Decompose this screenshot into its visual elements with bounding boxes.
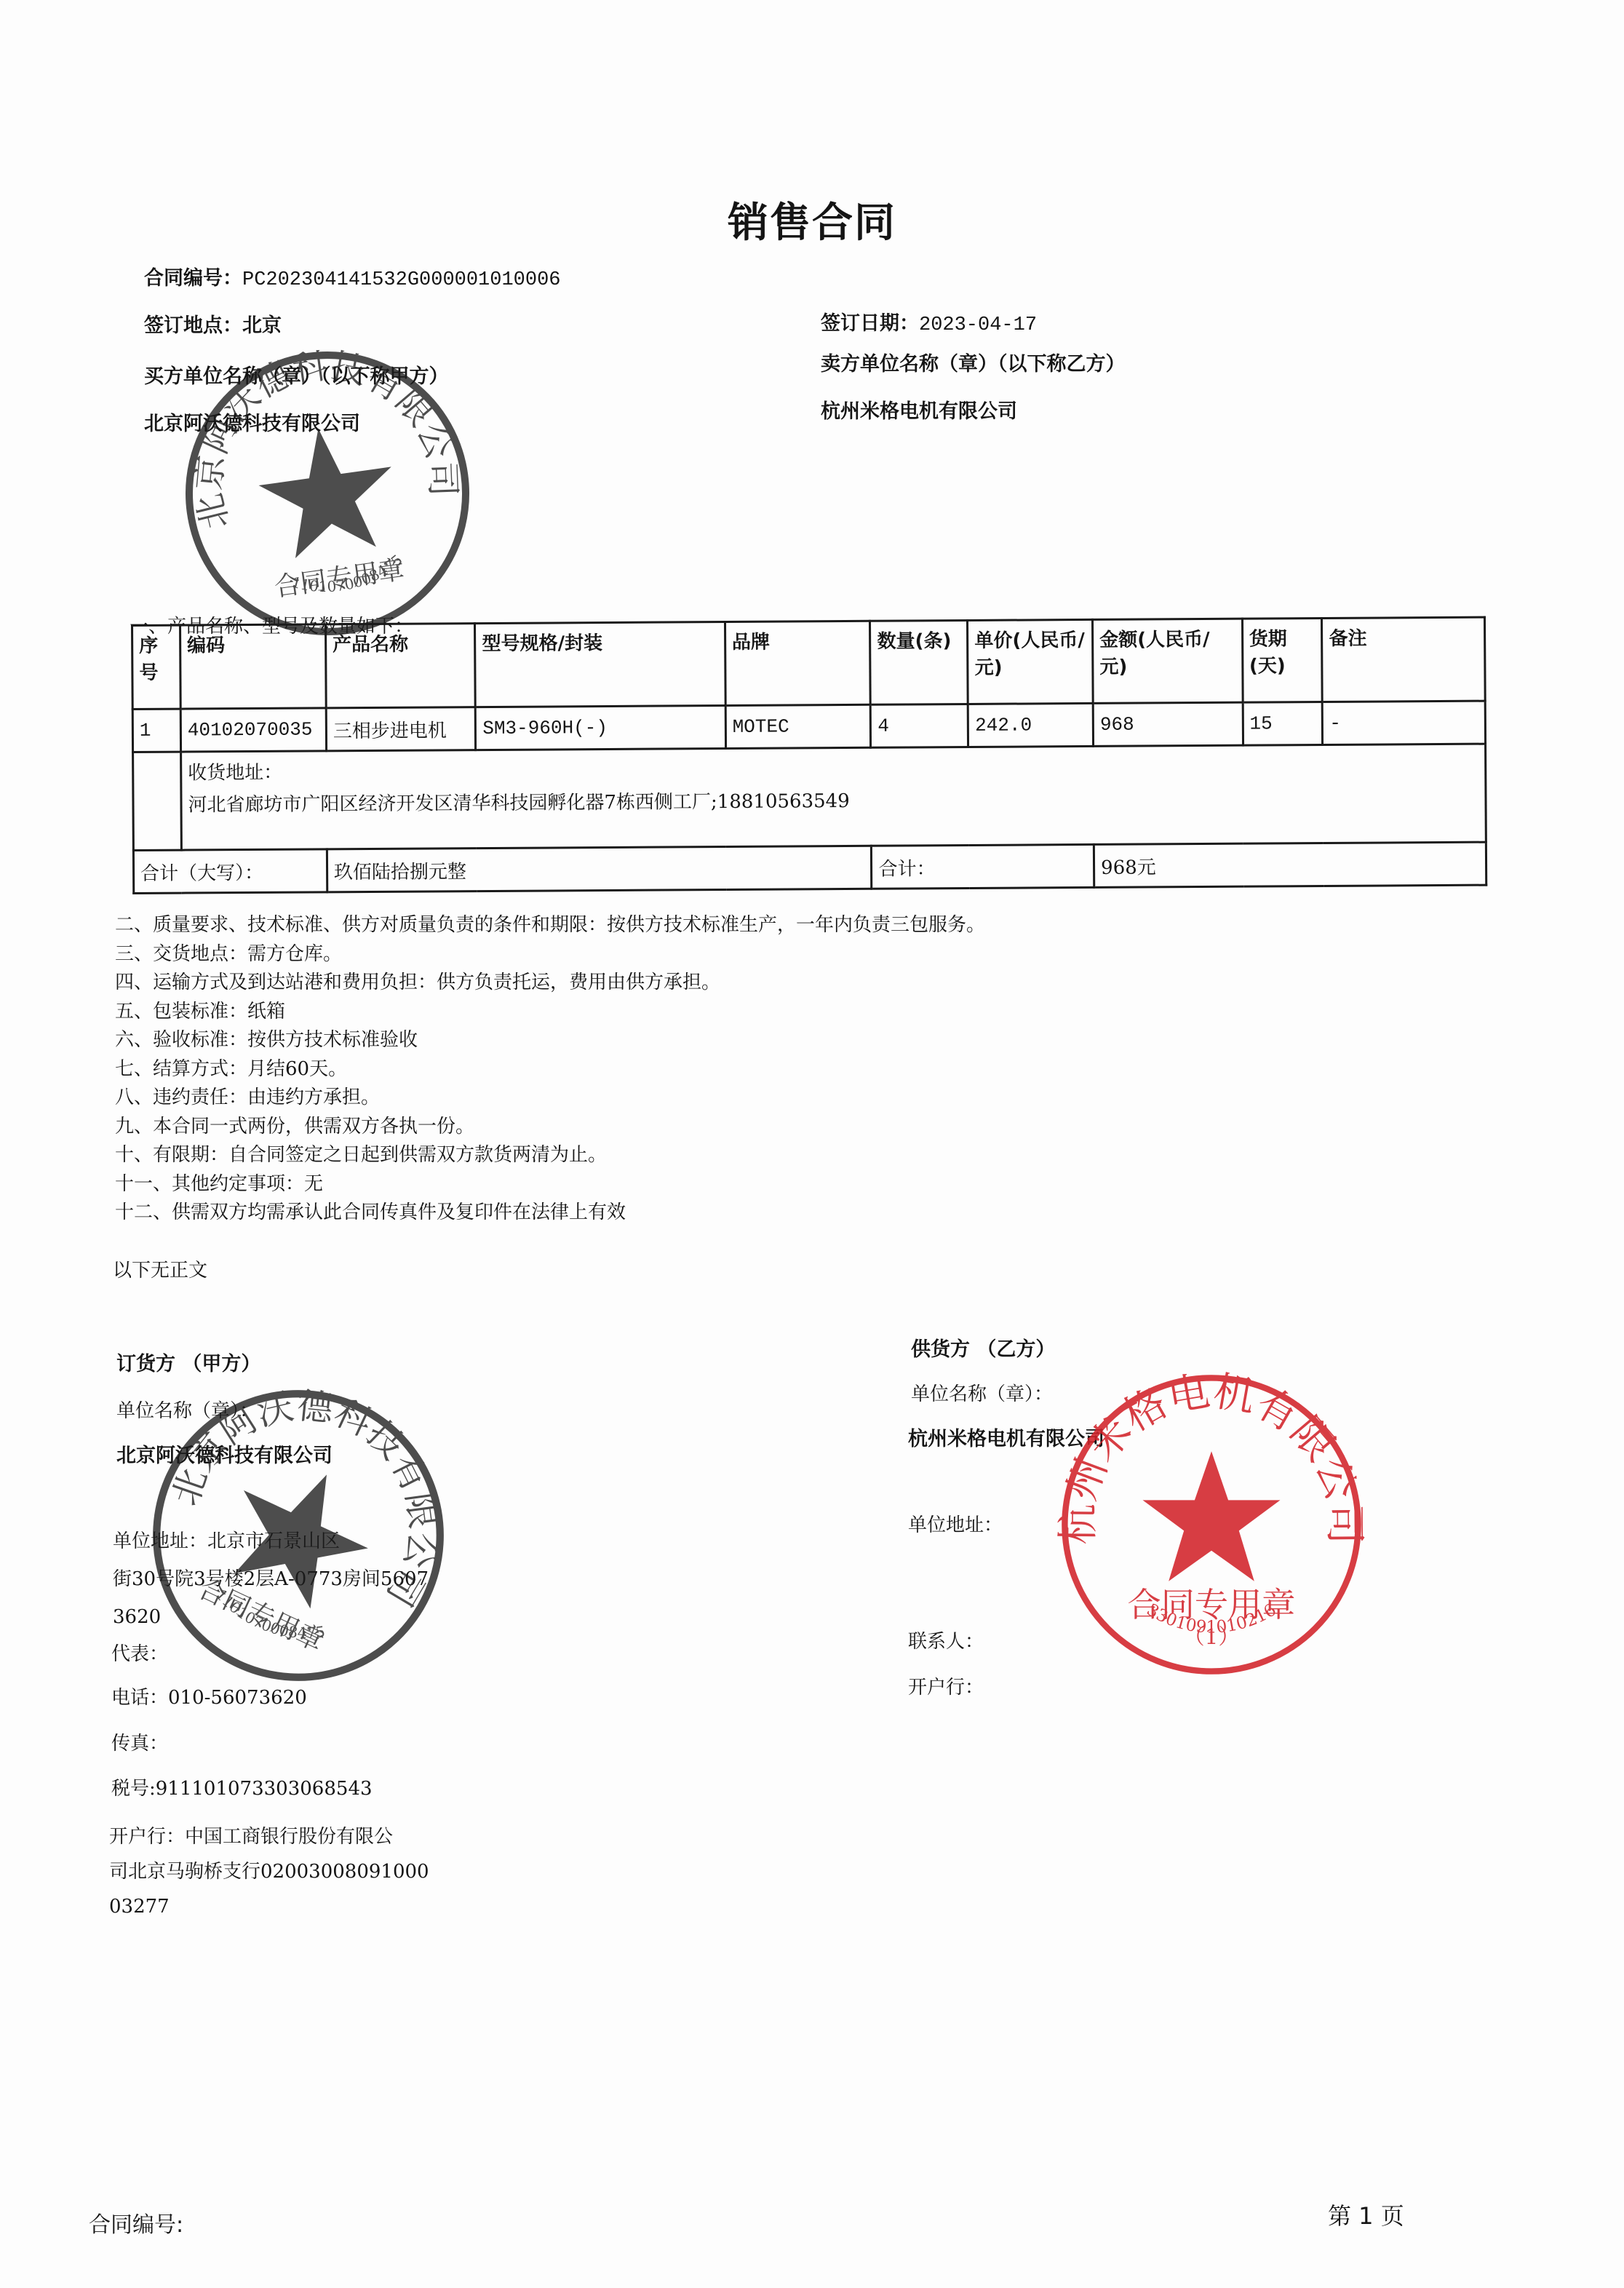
contract-number-label: 合同编号： [144,267,242,290]
col-header-index: 序号 [132,625,181,709]
sign-place: 签订地点：北京 [144,309,282,338]
buyer-name: 北京阿沃德科技有限公司 [144,408,360,436]
party-a-heading: 订货方 （甲方） [116,1348,260,1376]
term-11: 十一、其他约定事项：无 [115,1170,985,1199]
party-a-bank-label: 开户行： [109,1826,185,1848]
total-row: 合计（大写）： 玖佰陆拾捌元整 合计： 968元 [133,842,1486,893]
delivery-address-row: 收货地址： 河北省廊坊市广阳区经济开发区清华科技园孵化器7栋西侧工厂;18810… [133,744,1486,850]
col-header-lead-time: 货期(天) [1242,619,1323,703]
party-a-address-line2: 街30号院3号楼2层A-0773房间5607 [113,1560,429,1598]
star-icon [1143,1451,1281,1581]
term-6: 六、验收标准：按供方技术标准验收 [115,1026,985,1055]
cell-index: 1 [132,709,180,752]
term-4: 四、运输方式及到达站港和费用负担：供方负责托运，费用由供方承担。 [115,969,985,998]
svg-text:合同专用章: 合同专用章 [273,555,407,603]
party-a-address-line1: 北京市石景山区 [207,1530,340,1552]
party-b-heading: 供货方 （乙方） [911,1333,1055,1362]
svg-text:3301091010216: 3301091010216 [1143,1600,1279,1637]
table-header-row: 序号 编码 产品名称 型号规格/封装 品牌 数量(条) 单价(人民币/元) 金额… [132,617,1486,709]
party-a-bank-line1: 中国工商银行股份有限公 [185,1826,393,1848]
page-number: 第 1 页 [1328,2198,1404,2231]
col-header-unit-price: 单价(人民币/元) [968,619,1093,704]
end-note: 以下无正文 [113,1255,207,1282]
party-b-name-label: 单位名称（章）： [911,1379,1053,1406]
seal-graphic: 杭州米格电机有限公司 合同专用章 （1） 3301091010216 [1059,1372,1364,1677]
party-a-phone: 电话：010-56073620 [111,1683,307,1709]
term-9: 九、本合同一式两份，供需双方各执一份。 [115,1113,985,1142]
party-a-rep-label: 代表： [111,1639,168,1666]
term-7: 七、结算方式：月结60天。 [115,1055,985,1084]
party-a-address-line3: 3620 [113,1598,429,1636]
col-header-model: 型号规格/封装 [475,622,725,707]
sign-date-label: 签订日期： [821,312,919,335]
svg-text:1101070008475: 1101070008475 [287,549,409,601]
seller-name: 杭州米格电机有限公司 [821,395,1017,424]
party-b-address-label: 单位地址： [908,1510,1003,1537]
seller-seal: 杭州米格电机有限公司 合同专用章 （1） 3301091010216 [1059,1372,1364,1677]
document-title: 销售合同 [0,191,1624,249]
total-label: 合计： [872,844,1094,889]
party-a-bank-line2: 司北京马驹桥支行02003008091000 [109,1854,429,1889]
cell-unit-price: 242.0 [968,703,1093,747]
terms-list: 二、质量要求、技术标准、供方对质量负责的条件和期限：按供方技术标准生产，一年内负… [115,911,985,1228]
col-header-remark: 备注 [1322,617,1485,702]
total-upper-value: 玖佰陆拾捌元整 [327,846,872,892]
cell-product-name: 三相步进电机 [326,707,476,751]
total-value: 968元 [1094,842,1486,887]
term-10: 十、有限期：自合同签定之日起到供需双方款货两清为止。 [115,1141,985,1170]
sign-date-value: 2023-04-17 [919,314,1037,336]
buyer-label: 买方单位名称（章）（以下称甲方） [144,360,449,389]
cell-amount: 968 [1093,702,1243,746]
party-a-name: 北京阿沃德科技有限公司 [116,1439,333,1468]
term-12: 十二、供需双方均需承认此合同传真件及复印件在法律上有效 [115,1199,985,1228]
footer-contract-number-label: 合同编号: [89,2206,183,2239]
party-a-name-label: 单位名称（章）： [116,1396,258,1423]
delivery-address-cell: 收货地址： 河北省廊坊市广阳区经济开发区清华科技园孵化器7栋西侧工厂;18810… [181,744,1486,850]
party-a-fax-label: 传真： [111,1728,168,1755]
term-3: 三、交货地点：需方仓库。 [115,940,985,969]
svg-text:（1）: （1） [1183,1624,1239,1649]
party-a-phone-label: 电话： [111,1687,168,1709]
sign-place-label: 签订地点： [144,314,242,337]
party-a-bank: 开户行：中国工商银行股份有限公 司北京马驹桥支行02003008091000 0… [109,1819,429,1924]
sign-place-value: 北京 [242,314,282,337]
delivery-address-value: 河北省廊坊市广阳区经济开发区清华科技园孵化器7栋西侧工厂;18810563549 [188,782,1478,822]
party-a-tax: 税号:911101073303068543 [111,1773,373,1800]
col-header-quantity: 数量(条) [870,620,968,704]
cell-blank [133,752,182,850]
seller-label: 卖方单位名称（章）（以下称乙方） [821,348,1126,376]
svg-text:杭州米格电机有限公司: 杭州米格电机有限公司 [1054,1367,1369,1544]
party-b-contact-label: 联系人： [908,1626,984,1653]
product-table: 序号 编码 产品名称 型号规格/封装 品牌 数量(条) 单价(人民币/元) 金额… [131,616,1487,894]
contract-number-value: PC202304141532G000001010006 [242,269,560,291]
contract-number: 合同编号：PC202304141532G000001010006 [144,262,560,291]
party-b-bank-label: 开户行： [908,1672,984,1699]
party-a-tax-value: 911101073303068543 [156,1778,373,1800]
total-upper-label: 合计（大写）： [133,849,327,894]
cell-quantity: 4 [871,704,968,747]
party-b-name: 杭州米格电机有限公司 [908,1423,1104,1451]
col-header-brand: 品牌 [725,621,870,705]
party-a-phone-value: 010-56073620 [168,1687,307,1709]
party-a-address-label: 单位地址： [113,1530,207,1552]
cell-code: 40102070035 [180,708,326,752]
term-5: 五、包装标准：纸箱 [115,998,985,1027]
cell-brand: MOTEC [725,704,871,748]
col-header-product-name: 产品名称 [325,624,475,708]
party-a-address: 单位地址：北京市石景山区 街30号院3号楼2层A-0773房间5607 3620 [113,1522,429,1636]
star-icon [252,419,402,562]
cell-model: SM3-960H(-) [476,706,726,750]
term-2: 二、质量要求、技术标准、供方对质量负责的条件和期限：按供方技术标准生产，一年内负… [115,911,985,940]
col-header-code: 编码 [180,624,326,709]
party-a-tax-label: 税号: [111,1778,156,1800]
sign-date: 签订日期：2023-04-17 [821,307,1037,336]
party-a-bank-line3: 03277 [109,1889,429,1924]
term-8: 八、违约责任：由违约方承担。 [115,1084,985,1113]
col-header-amount: 金额(人民币/元) [1093,619,1243,703]
svg-text:合同专用章: 合同专用章 [1128,1585,1296,1624]
cell-remark: - [1323,701,1486,744]
cell-lead-time: 15 [1243,702,1323,745]
